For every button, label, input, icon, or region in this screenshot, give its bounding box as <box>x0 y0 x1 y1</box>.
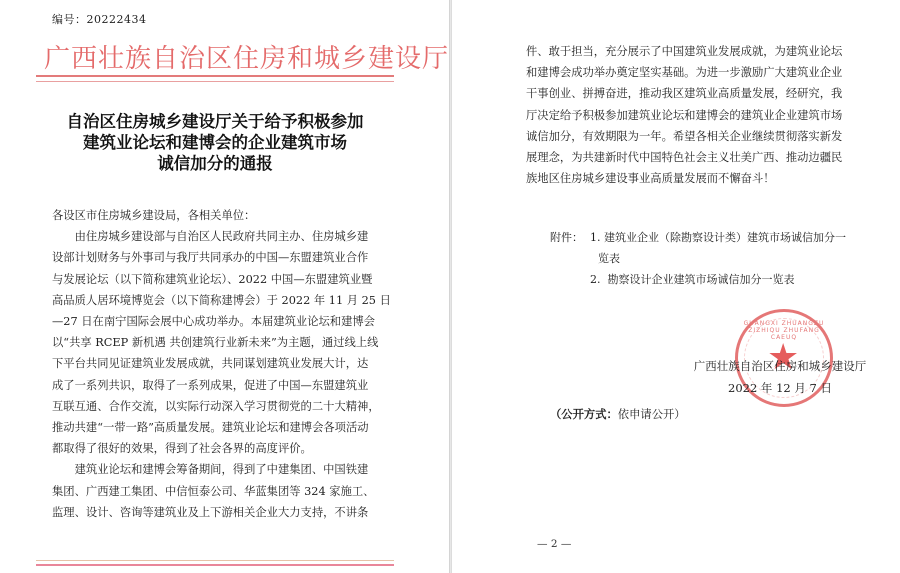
text-line: 件、敢于担当，充分展示了中国建筑业发展成就，为建筑业论坛 <box>526 41 866 62</box>
text-line: 展理念，为共建新时代中国特色社会主义壮美广西、推动边疆民 <box>526 147 866 168</box>
document-page-right: 件、敢于担当，充分展示了中国建筑业发展成就，为建筑业论坛 和建博会成功举办奠定坚… <box>452 0 900 573</box>
attachment-item: 2. 勘察设计企业建筑市场诚信加分一览表 <box>550 269 870 290</box>
text-line: 干事创业、拼搏奋进，推动我区建筑业高质量发展，经研究，我 <box>526 83 866 104</box>
disclosure-label: （公开方式： <box>550 407 618 421</box>
disclosure-method: （公开方式：依申请公开） <box>550 406 686 422</box>
attachments-list: 附件： 1. 建筑业企业（除勘察设计类）建筑市场诚信加分一 览表 2. 勘察设计… <box>550 227 870 290</box>
attachment-title-continued: 览表 <box>550 248 870 269</box>
text-line: 和建博会成功举办奠定坚实基础。为进一步激励广大建筑业企业 <box>526 62 866 83</box>
attachment-number: 1. <box>590 227 601 248</box>
title-line: 自治区住房城乡建设厅关于给予积极参加 <box>30 111 400 132</box>
text-line: 监理、设计、咨询等建筑业及上下游相关企业大力支持，不讲条 <box>52 502 404 523</box>
text-line: 推动共建“一带一路”高质量发展。建筑业论坛和建博会各项活动 <box>52 417 404 438</box>
document-number: 编号：20222434 <box>52 11 147 27</box>
text-line: 下平台共同见证建筑业发展成就，共同谋划建筑业发展大计，达 <box>52 353 404 374</box>
signature-date: 2022 年 12 月 7 日 <box>680 377 880 399</box>
organization-header: 广西壮族自治区住房和城乡建设厅 <box>44 38 449 75</box>
attachments-label: 附件： <box>550 227 590 248</box>
text-line: 高品质人居环境博览会（以下简称建博会）于 2022 年 11 月 25 日 <box>52 290 404 311</box>
body-text-right: 件、敢于担当，充分展示了中国建筑业发展成就，为建筑业论坛 和建博会成功举办奠定坚… <box>526 41 866 189</box>
text-line: 集团、广西建工集团、中信恒泰公司、华蓝集团等 324 家施工、 <box>52 481 404 502</box>
paragraph-1: 由住房城乡建设部与自治区人民政府共同主办、住房城乡建 设部计划财务与外事司与我厅… <box>52 226 404 459</box>
text-line: 设部计划财务与外事司与我厅共同承办的中国—东盟建筑业合作 <box>52 247 404 268</box>
signature-block: 广西壮族自治区住房和城乡建设厅 2022 年 12 月 7 日 <box>680 355 880 399</box>
text-line: 互联互通、合作交流，以实际行动深入学习贯彻党的二十大精神， <box>52 396 404 417</box>
text-line: 厅决定给予积极参加建筑业论坛和建博会的建筑业企业建筑市场 <box>526 105 866 126</box>
body-text-left: 各设区市住房城乡建设局，各相关单位： 由住房城乡建设部与自治区人民政府共同主办、… <box>52 205 404 523</box>
page-number: — 2 — <box>537 538 571 550</box>
attachment-item: 附件： 1. 建筑业企业（除勘察设计类）建筑市场诚信加分一 <box>550 227 870 248</box>
footer-red-rule <box>36 560 394 566</box>
text-line: 以“共享 RCEP 新机遇 共创建筑行业新未来”为主题，通过线上线 <box>52 332 404 353</box>
disclosure-value: 依申请公开） <box>618 408 686 421</box>
paragraph-2: 建筑业论坛和建博会筹备期间，得到了中建集团、中国铁建 集团、广西建工集团、中信恒… <box>52 459 404 523</box>
text-line: 族地区住房城乡建设事业高质量发展而不懈奋斗！ <box>526 168 866 189</box>
text-line: 由住房城乡建设部与自治区人民政府共同主办、住房城乡建 <box>52 226 404 247</box>
text-line: 诚信加分，有效期限为一年。希望各相关企业继续贯彻落实新发 <box>526 126 866 147</box>
salutation: 各设区市住房城乡建设局，各相关单位： <box>52 205 404 226</box>
attachment-number: 2. <box>590 273 601 286</box>
header-red-rule <box>36 75 394 82</box>
attachment-title: 建筑业企业（除勘察设计类）建筑市场诚信加分一 <box>604 227 846 248</box>
text-line: 都取得了很好的效果，得到了社会各界的高度评价。 <box>52 438 404 459</box>
title-line: 建筑业论坛和建博会的企业建筑市场 <box>30 132 400 153</box>
signature-organization: 广西壮族自治区住房和城乡建设厅 <box>680 355 880 377</box>
text-line: 建筑业论坛和建博会筹备期间，得到了中建集团、中国铁建 <box>52 459 404 480</box>
text-line: 成了一系列共识，取得了一系列成果，促进了中国—东盟建筑业 <box>52 375 404 396</box>
attachment-title: 勘察设计企业建筑市场诚信加分一览表 <box>608 273 795 286</box>
text-line: 与发展论坛（以下简称建筑业论坛）、2022 中国—东盟建筑业暨 <box>52 269 404 290</box>
document-page-left: 编号：20222434 广西壮族自治区住房和城乡建设厅 自治区住房城乡建设厅关于… <box>0 0 449 573</box>
notice-title: 自治区住房城乡建设厅关于给予积极参加 建筑业论坛和建博会的企业建筑市场 诚信加分… <box>30 111 400 174</box>
text-line: —27 日在南宁国际会展中心成功举办。本届建筑业论坛和建博会 <box>52 311 404 332</box>
title-line: 诚信加分的通报 <box>30 153 400 174</box>
